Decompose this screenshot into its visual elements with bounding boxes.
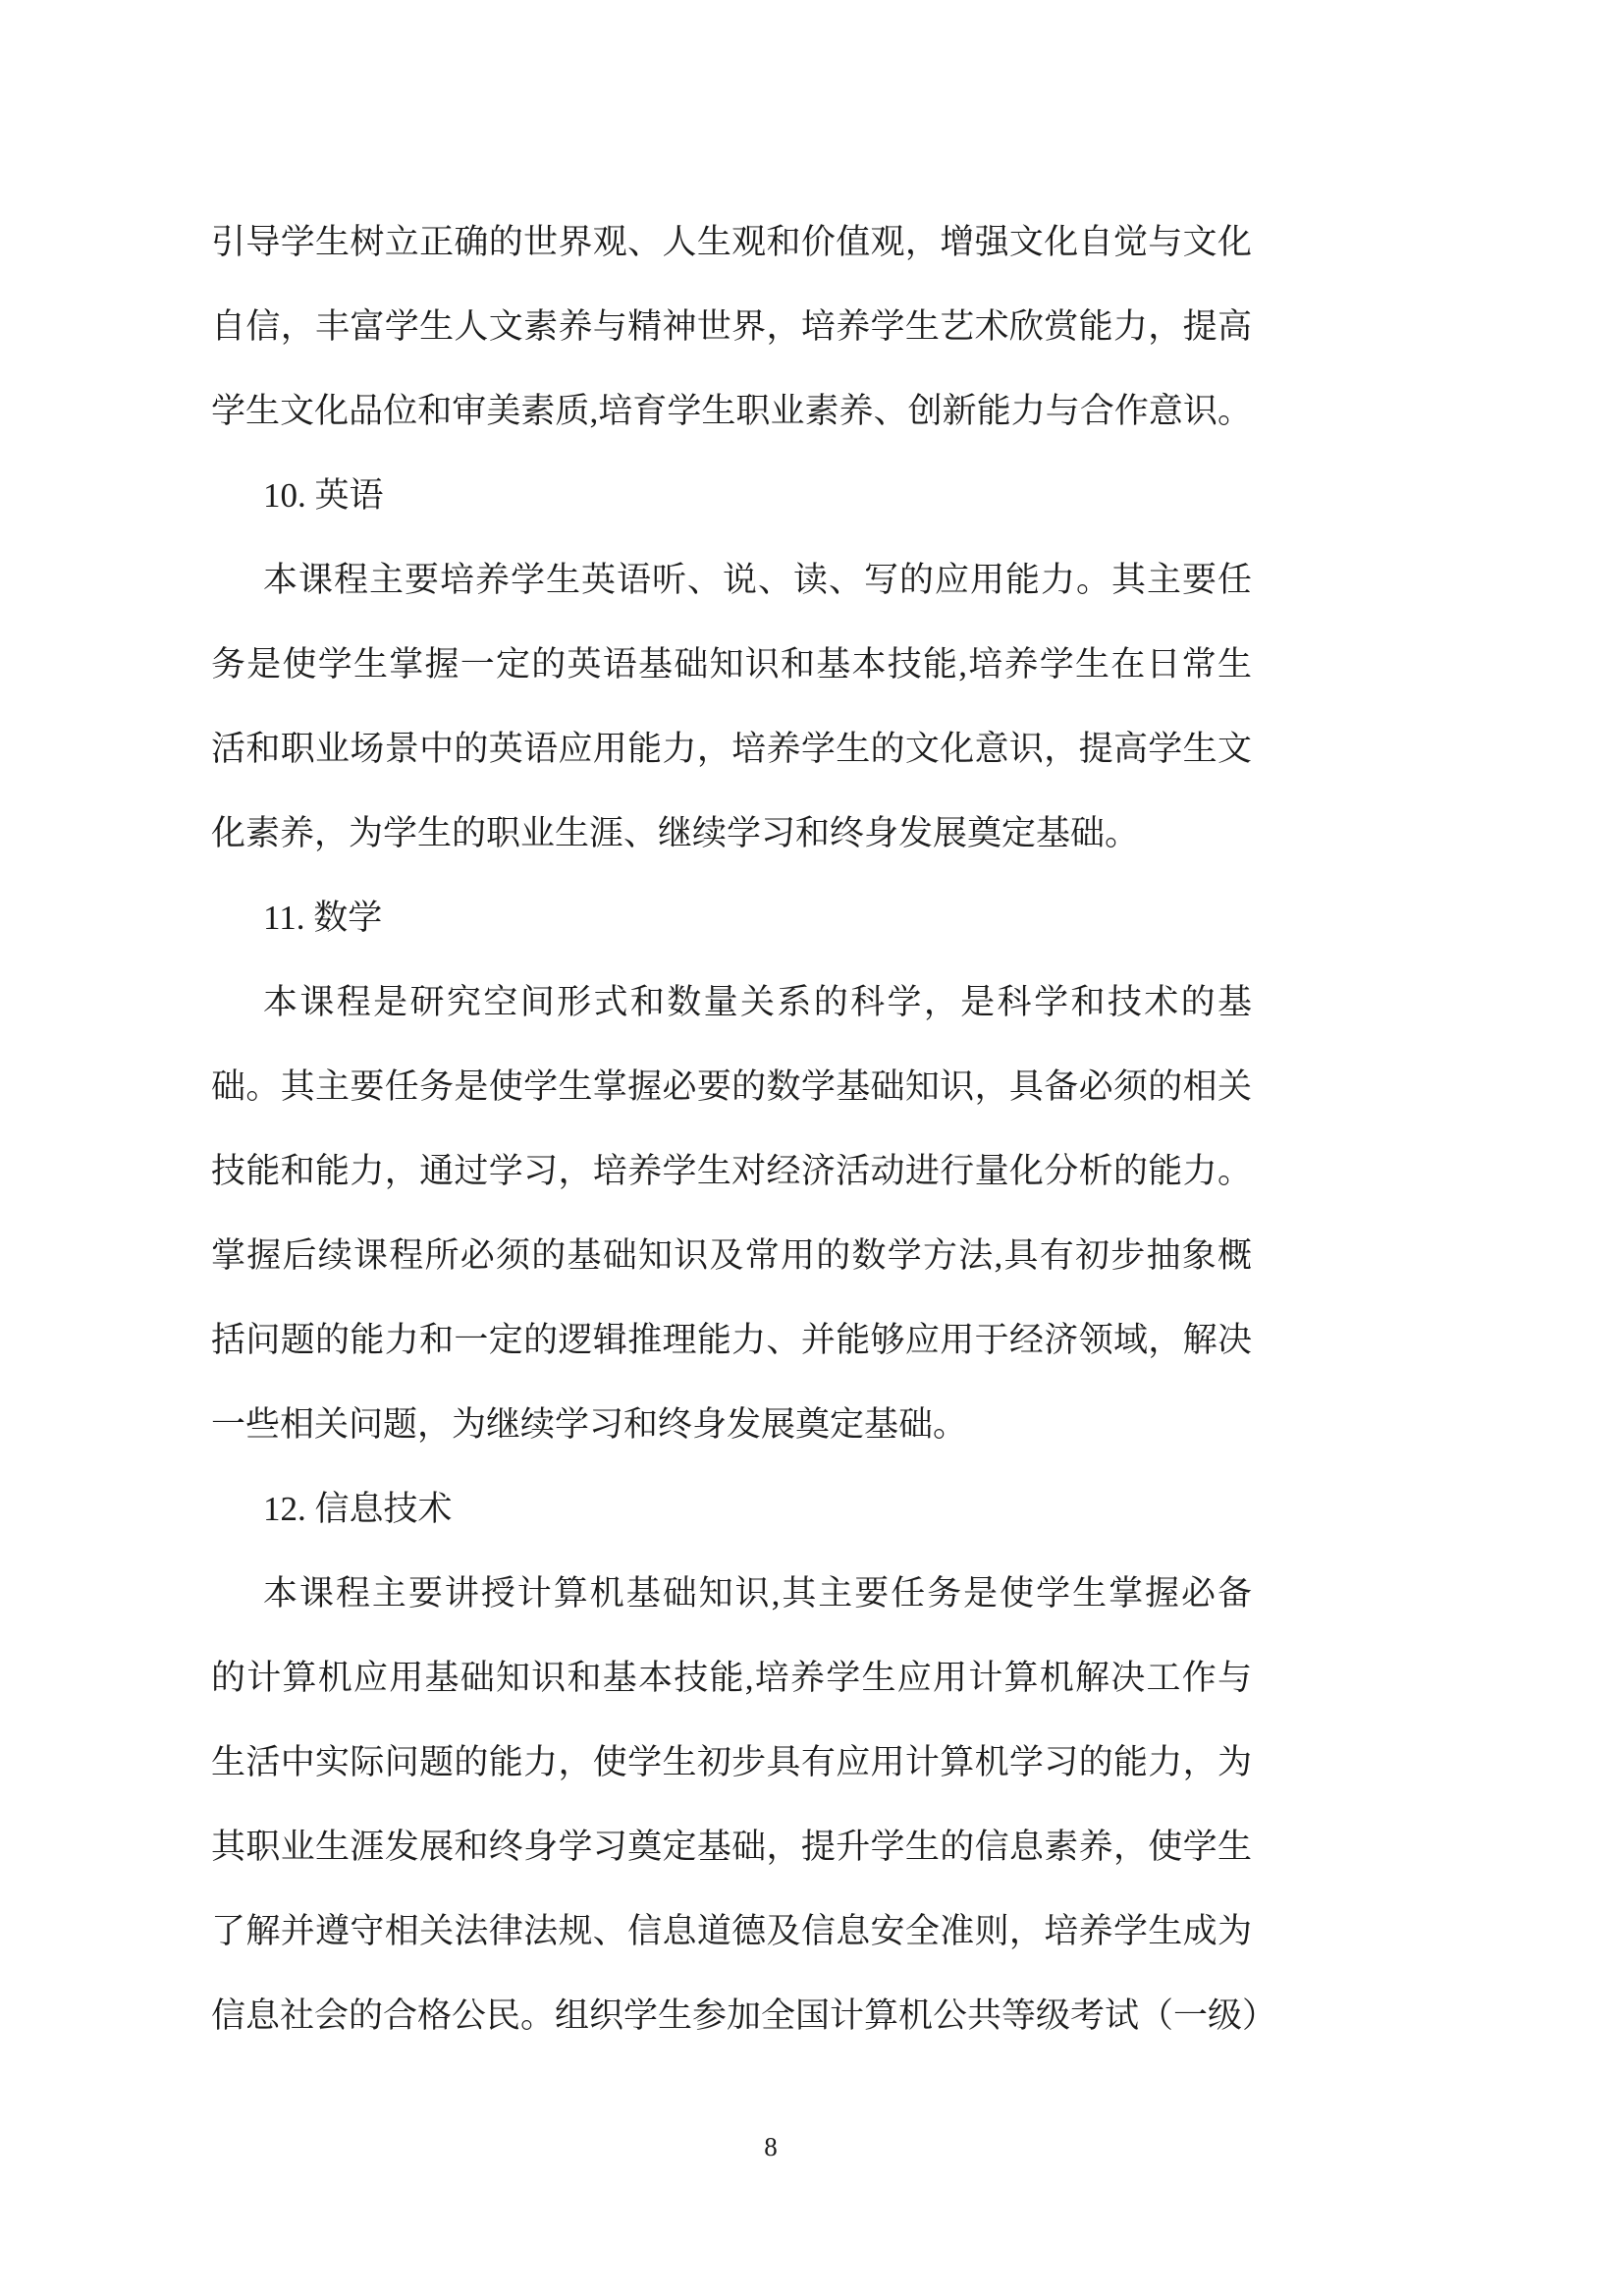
text-line: 括问题的能力和一定的逻辑推理能力、并能够应用于经济领域，解决 [211,1298,1252,1383]
section-heading: 10. 英语 [211,454,1252,538]
text-line: 活和职业场景中的英语应用能力，培养学生的文化意识，提高学生文 [211,707,1252,792]
text-line: 本课程主要培养学生英语听、说、读、写的应用能力。其主要任 [211,538,1252,623]
text-line: 本课程主要讲授计算机基础知识,其主要任务是使学生掌握必备 [211,1552,1252,1636]
text-line: 了解并遵守相关法律法规、信息道德及信息安全准则，培养学生成为 [211,1889,1252,1974]
text-line: 本课程是研究空间形式和数量关系的科学，是科学和技术的基 [211,960,1252,1045]
text-line: 务是使学生掌握一定的英语基础知识和基本技能,培养学生在日常生 [211,623,1252,707]
text-line: 信息社会的合格公民。组织学生参加全国计算机公共等级考试（一级） [211,1974,1252,2058]
text-line: 掌握后续课程所必须的基础知识及常用的数学方法,具有初步抽象概 [211,1214,1252,1298]
page-number: 8 [211,2129,1330,2164]
text-line: 自信，丰富学生人文素养与精神世界，培养学生艺术欣赏能力，提高 [211,285,1252,369]
text-block: 引导学生树立正确的世界观、人生观和价值观，增强文化自觉与文化自信，丰富学生人文素… [211,200,1252,2058]
text-line: 的计算机应用基础知识和基本技能,培养学生应用计算机解决工作与 [211,1636,1252,1721]
section-heading: 11. 数学 [211,876,1252,960]
text-line: 技能和能力，通过学习，培养学生对经济活动进行量化分析的能力。 [211,1129,1252,1214]
text-line: 学生文化品位和审美素质,培育学生职业素养、创新能力与合作意识。 [211,369,1252,454]
section-heading: 12. 信息技术 [211,1467,1252,1552]
text-line: 化素养，为学生的职业生涯、继续学习和终身发展奠定基础。 [211,792,1252,876]
text-line: 础。其主要任务是使学生掌握必要的数学基础知识，具备必须的相关 [211,1045,1252,1129]
text-line: 其职业生涯发展和终身学习奠定基础，提升学生的信息素养，使学生 [211,1805,1252,1889]
text-line: 一些相关问题，为继续学习和终身发展奠定基础。 [211,1383,1252,1467]
document-page: 引导学生树立正确的世界观、人生观和价值观，增强文化自觉与文化自信，丰富学生人文素… [0,0,1623,2296]
text-line: 生活中实际问题的能力，使学生初步具有应用计算机学习的能力，为 [211,1721,1252,1805]
text-line: 引导学生树立正确的世界观、人生观和价值观，增强文化自觉与文化 [211,200,1252,285]
